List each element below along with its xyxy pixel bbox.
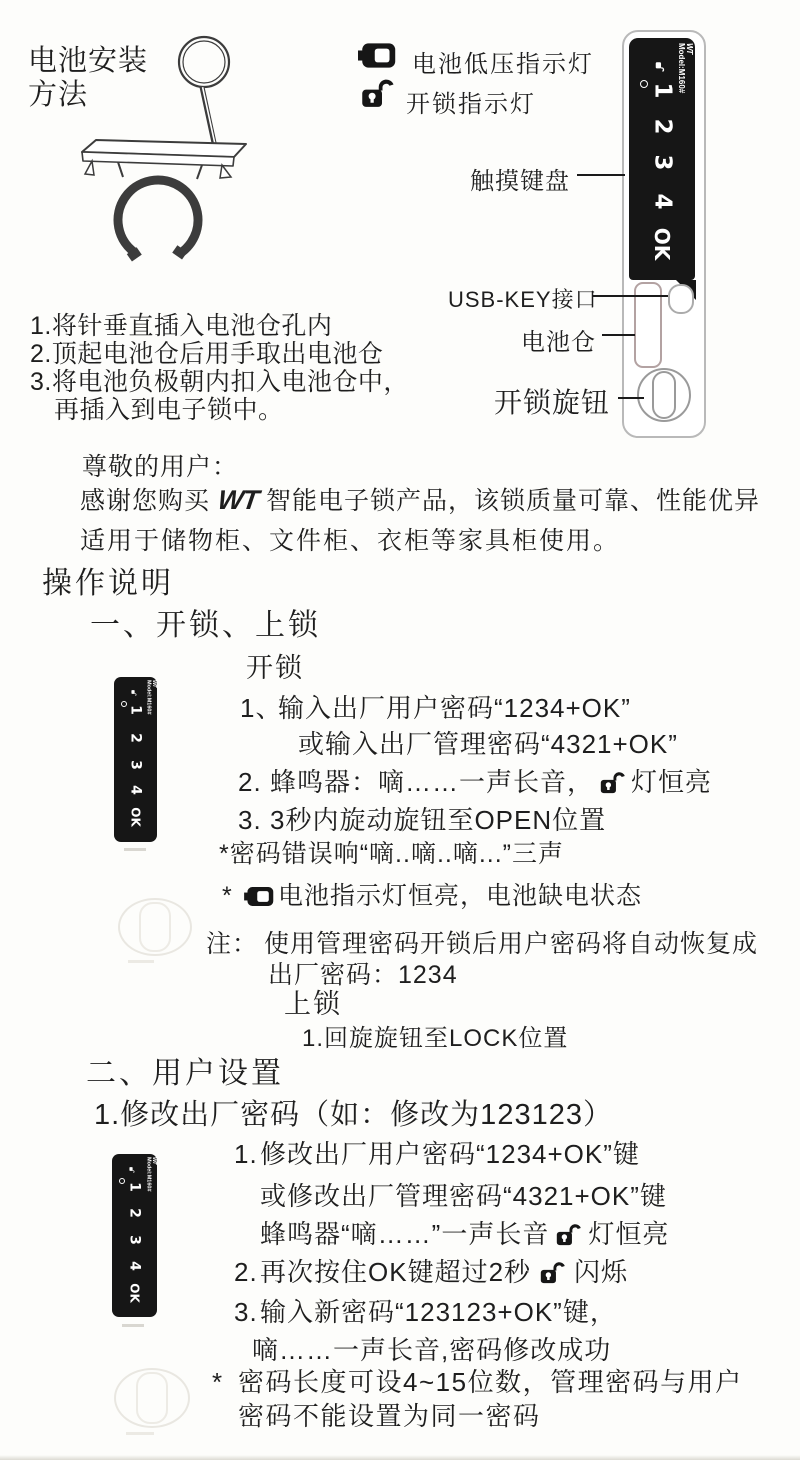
leader-knob	[618, 397, 644, 399]
footnote-line1: *密码长度可设4~15位数，管理密码与用户	[212, 1362, 743, 1399]
label-unlock-knob: 开锁旋钮	[494, 381, 610, 421]
ops-title: 操作说明	[42, 558, 174, 602]
page-bottom-edge	[0, 1455, 800, 1460]
install-step-3-cont: 再插入到电子锁中。	[54, 390, 284, 426]
section-1-heading: 一、开锁、上锁	[90, 600, 321, 644]
battery-low-label: 电池低压指示灯	[412, 44, 594, 79]
greeting-line2: 适用于储物柜、文件柜、衣柜等家具柜使用。	[80, 521, 620, 557]
note-wrong-password: *密码错误响“嘀..嘀..嘀...”三声	[219, 834, 564, 870]
leader-usb	[592, 295, 668, 297]
strip2-key-ok: OK	[129, 1271, 141, 1316]
unlock-heading: 开锁	[246, 646, 304, 685]
change-step-2: 2.再次按住OK键超过2秒闪烁	[234, 1252, 628, 1289]
key-ok: OK	[652, 211, 672, 277]
unlock-icon-inline	[556, 1223, 581, 1246]
label-touch-keypad: 触摸键盘	[470, 161, 570, 196]
unlock-step-3: 3.3秒内旋动旋钮至OPEN位置	[238, 800, 606, 837]
battery-low-icon	[358, 42, 396, 69]
unlock-indicator-icon	[361, 78, 394, 108]
strip2-faint-knob	[114, 1368, 190, 1428]
wt-logo: WT	[216, 485, 260, 516]
unlock-step-1b: 或输入出厂管理密码“4321+OK”	[298, 724, 678, 761]
section-2-heading: 二、用户设置	[86, 1048, 284, 1092]
section-2-sub-heading: 1.修改出厂密码（如：修改为123123）	[94, 1092, 613, 1133]
leader-keypad	[577, 174, 625, 176]
lock-heading: 上锁	[284, 982, 342, 1021]
unlock-step-1: 1、输入出厂用户密码“1234+OK”	[240, 688, 631, 725]
change-step-1b: 或修改出厂管理密码“4321+OK”键	[260, 1176, 667, 1213]
leader-battery	[602, 334, 635, 336]
greeting-thanks: 感谢您购买WT智能电子锁产品，该锁质量可靠、性能优异	[80, 481, 760, 517]
usb-key-port	[668, 284, 694, 314]
panel-led	[640, 80, 648, 88]
device-touch-panel: WT Model:M160# 1 2 3 4 OK	[629, 38, 695, 280]
label-usb-key: USB-KEY接口	[448, 283, 598, 314]
unlock-indicator-label: 开锁指示灯	[406, 84, 536, 119]
battery-pin-diagram	[56, 28, 256, 278]
greeting-salute: 尊敬的用户：	[82, 447, 238, 483]
manual-page: 电池安装 方法 电池低压指示灯 开锁指示灯 WT Model:M160# 1	[0, 0, 800, 1460]
unlock-step-2: 2.蜂鸣器：嘀……一声长音，灯恒亮	[238, 762, 712, 799]
note-battery-low: *电池指示灯恒亮，电池缺电状态	[222, 876, 642, 912]
change-step-3: 3.输入新密码“123123+OK”键，	[234, 1292, 617, 1329]
lock-step: 1.回旋旋钮至LOCK位置	[302, 1018, 568, 1053]
change-step-1c: 蜂鸣器“嘀……”一声长音灯恒亮	[260, 1214, 669, 1251]
unlock-icon-inline	[540, 1261, 565, 1284]
battery-icon-inline	[244, 886, 274, 907]
unlock-knob	[637, 368, 691, 422]
change-step-1: 1.修改出厂用户密码“1234+OK”键	[234, 1134, 640, 1171]
device-model-text: WT Model:M160#	[677, 43, 693, 93]
label-battery-compartment: 电池仓	[521, 322, 596, 357]
strip1-key-ok: OK	[130, 796, 142, 839]
unlock-icon-inline	[600, 771, 625, 794]
footnote-line2: 密码不能设置为同一密码	[238, 1396, 541, 1433]
strip1-faint-knob	[118, 898, 192, 956]
